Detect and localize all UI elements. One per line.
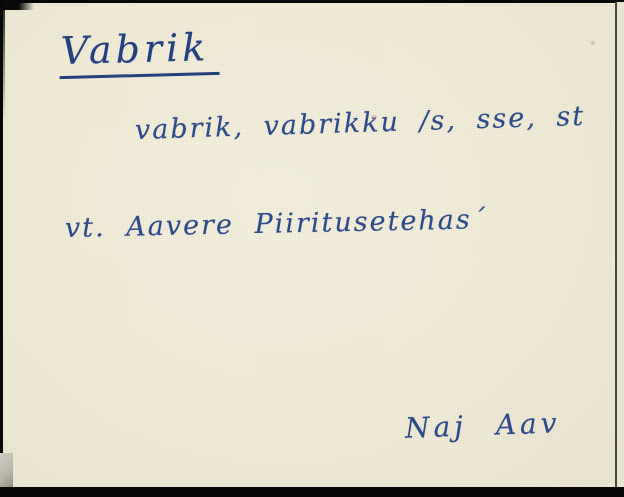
worn-corner-bottom-left	[0, 453, 13, 487]
scan-speckle	[371, 115, 377, 120]
inflection-forms-line: vabrik, vabrikku /s, sse, st	[135, 101, 586, 146]
index-card: Vabrik vabrik, vabrikku /s, sse, st vt. …	[3, 3, 617, 487]
scanned-card-image: Vabrik vabrik, vabrikku /s, sse, st vt. …	[0, 0, 624, 497]
annotation-signature: Naj Aav	[404, 406, 561, 444]
cross-reference-line: vt. Aavere Piiritusetehas´	[65, 204, 488, 244]
scan-speckle	[591, 41, 595, 45]
scan-border-left-shadow	[0, 0, 5, 120]
scan-border-top-left	[0, 0, 34, 10]
backing-sheet-edge	[615, 2, 624, 487]
headword: Vabrik	[58, 25, 220, 79]
